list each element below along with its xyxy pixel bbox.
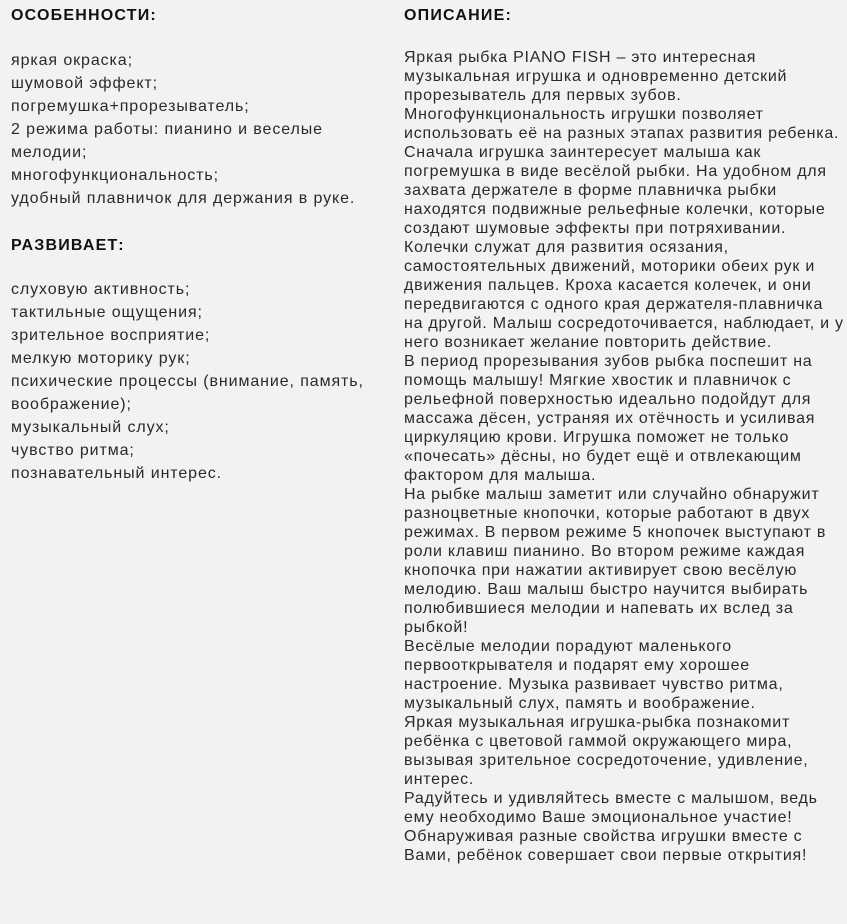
- description-paragraph: Многофункциональность игрушки позволяет …: [404, 105, 844, 143]
- description-paragraph: В период прорезывания зубов рыбка поспеш…: [404, 352, 844, 485]
- develops-item: слуховую активность;: [11, 278, 391, 301]
- features-item: многофункциональность;: [11, 164, 391, 187]
- right-column: ОПИСАНИЕ: Яркая рыбка PIANO FISH – это и…: [404, 6, 844, 865]
- features-item: удобный плавничок для держания в руке.: [11, 187, 391, 210]
- features-item: погремушка+прорезыватель;: [11, 95, 391, 118]
- description-paragraph: На рыбке малыш заметит или случайно обна…: [404, 485, 844, 637]
- features-heading: ОСОБЕННОСТИ:: [11, 6, 391, 26]
- description-body: Яркая рыбка PIANO FISH – это интересная …: [404, 48, 844, 865]
- description-paragraph: Весёлые мелодии порадуют маленького перв…: [404, 637, 844, 713]
- description-paragraph: Радуйтесь и удивляйтесь вместе с малышом…: [404, 789, 844, 865]
- features-item: яркая окраска;: [11, 49, 391, 72]
- develops-item: мелкую моторику рук;: [11, 347, 391, 370]
- develops-item: чувство ритма;: [11, 439, 391, 462]
- develops-list: слуховую активность; тактильные ощущения…: [11, 278, 391, 485]
- develops-item: зрительное восприятие;: [11, 324, 391, 347]
- description-paragraph: Сначала игрушка заинтересует малыша как …: [404, 143, 844, 352]
- develops-item: тактильные ощущения;: [11, 301, 391, 324]
- develops-heading: РАЗВИВАЕТ:: [11, 236, 391, 256]
- features-item: шумовой эффект;: [11, 72, 391, 95]
- develops-item: музыкальный слух;: [11, 416, 391, 439]
- description-paragraph: Яркая рыбка PIANO FISH – это интересная …: [404, 48, 844, 105]
- description-heading: ОПИСАНИЕ:: [404, 6, 844, 26]
- features-item: 2 режима работы: пианино и веселые мелод…: [11, 118, 391, 164]
- features-list: яркая окраска; шумовой эффект; погремушк…: [11, 49, 391, 210]
- left-column: ОСОБЕННОСТИ: яркая окраска; шумовой эффе…: [11, 6, 391, 485]
- develops-item: познавательный интерес.: [11, 462, 391, 485]
- develops-item: психические процессы (внимание, память, …: [11, 370, 391, 416]
- description-paragraph: Яркая музыкальная игрушка-рыбка познаком…: [404, 713, 844, 789]
